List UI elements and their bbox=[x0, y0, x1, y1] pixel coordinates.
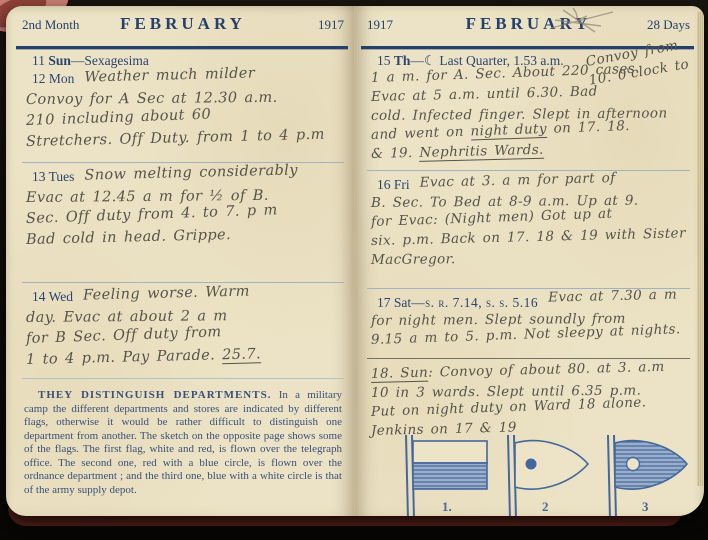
printed-footer-note: THEY DISTINGUISH DEPARTMENTS. In a milit… bbox=[22, 387, 344, 497]
handwriting-segment: and went on bbox=[371, 124, 471, 143]
right-page-header: 1917 FEBRUARY 28 Days bbox=[367, 14, 690, 46]
flag-1-white-red: 1. bbox=[406, 435, 487, 516]
month-ordinal-label: 2nd Month bbox=[22, 17, 108, 33]
handwriting-segment: & 19. bbox=[371, 145, 420, 162]
entry-14: 14 Wed Feeling worse. Warm day. Evac at … bbox=[22, 283, 344, 379]
flag-1-label: 1. bbox=[442, 499, 452, 514]
entry-13: 13 Tues Snow melting considerably Evac a… bbox=[22, 163, 344, 283]
flag-2-label: 2 bbox=[542, 499, 549, 514]
day-number: 15 bbox=[377, 53, 391, 68]
pencil-scribble bbox=[543, 6, 623, 36]
entry-17: 17 Sat—s. r. 7.14, s. s. 5.16 Evac at 7.… bbox=[367, 289, 690, 359]
handwriting-line: Feeling worse. Warm bbox=[26, 279, 344, 308]
entry-12-body: 12 Mon Weather much milder Convoy for A … bbox=[26, 69, 344, 153]
flag-3-label: 3 bbox=[642, 499, 649, 514]
handwriting-line: Snow melting considerably bbox=[26, 159, 344, 188]
footer-note-title: THEY DISTINGUISH DEPARTMENTS. bbox=[38, 389, 271, 401]
right-page: 1917 FEBRUARY 28 Days Convoy from 10. 0'… bbox=[355, 6, 704, 516]
handwriting-underlined: 18. Sun bbox=[371, 365, 429, 383]
flag-sketches: 1. 2 3 bbox=[367, 433, 690, 516]
stacked-page-edges bbox=[697, 12, 704, 486]
flags-illustration: 1. 2 3 bbox=[390, 433, 690, 516]
handwriting-segment: : Convoy of about 80. at 3. a.m bbox=[428, 359, 665, 381]
handwriting-segment: 1 to 4 p.m. Pay Parade. bbox=[26, 347, 223, 368]
entry-16: 16 Fri Evac at 3. a m for part of B. Sec… bbox=[367, 171, 690, 289]
handwriting-underlined: night duty bbox=[470, 121, 547, 141]
handwriting-underlined: Nephritis Wards. bbox=[419, 142, 544, 162]
diary-photo: 2nd Month FEBRUARY 1917 11 Sun—Sexagesim… bbox=[0, 0, 708, 540]
handwriting-underlined: 25.7. bbox=[222, 346, 261, 364]
entry-15: Convoy from 10. 0'clock to 15 Th—☾ Last … bbox=[367, 49, 690, 171]
year-label: 1917 bbox=[258, 17, 344, 33]
day-number: 11 bbox=[32, 53, 45, 68]
weekday: Sun bbox=[48, 53, 71, 68]
flag-2-red-blue-circle: 2 bbox=[508, 435, 588, 516]
left-page-header: 2nd Month FEBRUARY 1917 bbox=[22, 14, 344, 46]
open-diary: 2nd Month FEBRUARY 1917 11 Sun—Sexagesim… bbox=[6, 6, 704, 516]
handwriting-line: Evac at 7.30 a m bbox=[371, 285, 690, 312]
handwriting-segment: on 17. 18. bbox=[547, 118, 631, 137]
entry-11-12: 11 Sun—Sexagesima 12 Mon Weather much mi… bbox=[22, 49, 344, 163]
flag-3-blue-white-circle: 3 bbox=[608, 435, 687, 516]
footer-note-body: In a military camp the different departm… bbox=[24, 389, 342, 496]
handwriting-line: Evac at 3. a m for part of bbox=[371, 167, 690, 194]
handwriting-line: 18. Sun: Convoy of about 80. at 3. a.m bbox=[371, 357, 690, 384]
month-title: FEBRUARY bbox=[108, 14, 258, 34]
entry-18-handwritten: 18. Sun: Convoy of about 80. at 3. a.m 1… bbox=[367, 359, 690, 431]
left-page: 2nd Month FEBRUARY 1917 11 Sun—Sexagesim… bbox=[6, 6, 355, 516]
weekday: Th bbox=[394, 53, 411, 68]
year-label: 1917 bbox=[367, 17, 453, 33]
handwriting-line: MacGregor. bbox=[371, 248, 690, 270]
